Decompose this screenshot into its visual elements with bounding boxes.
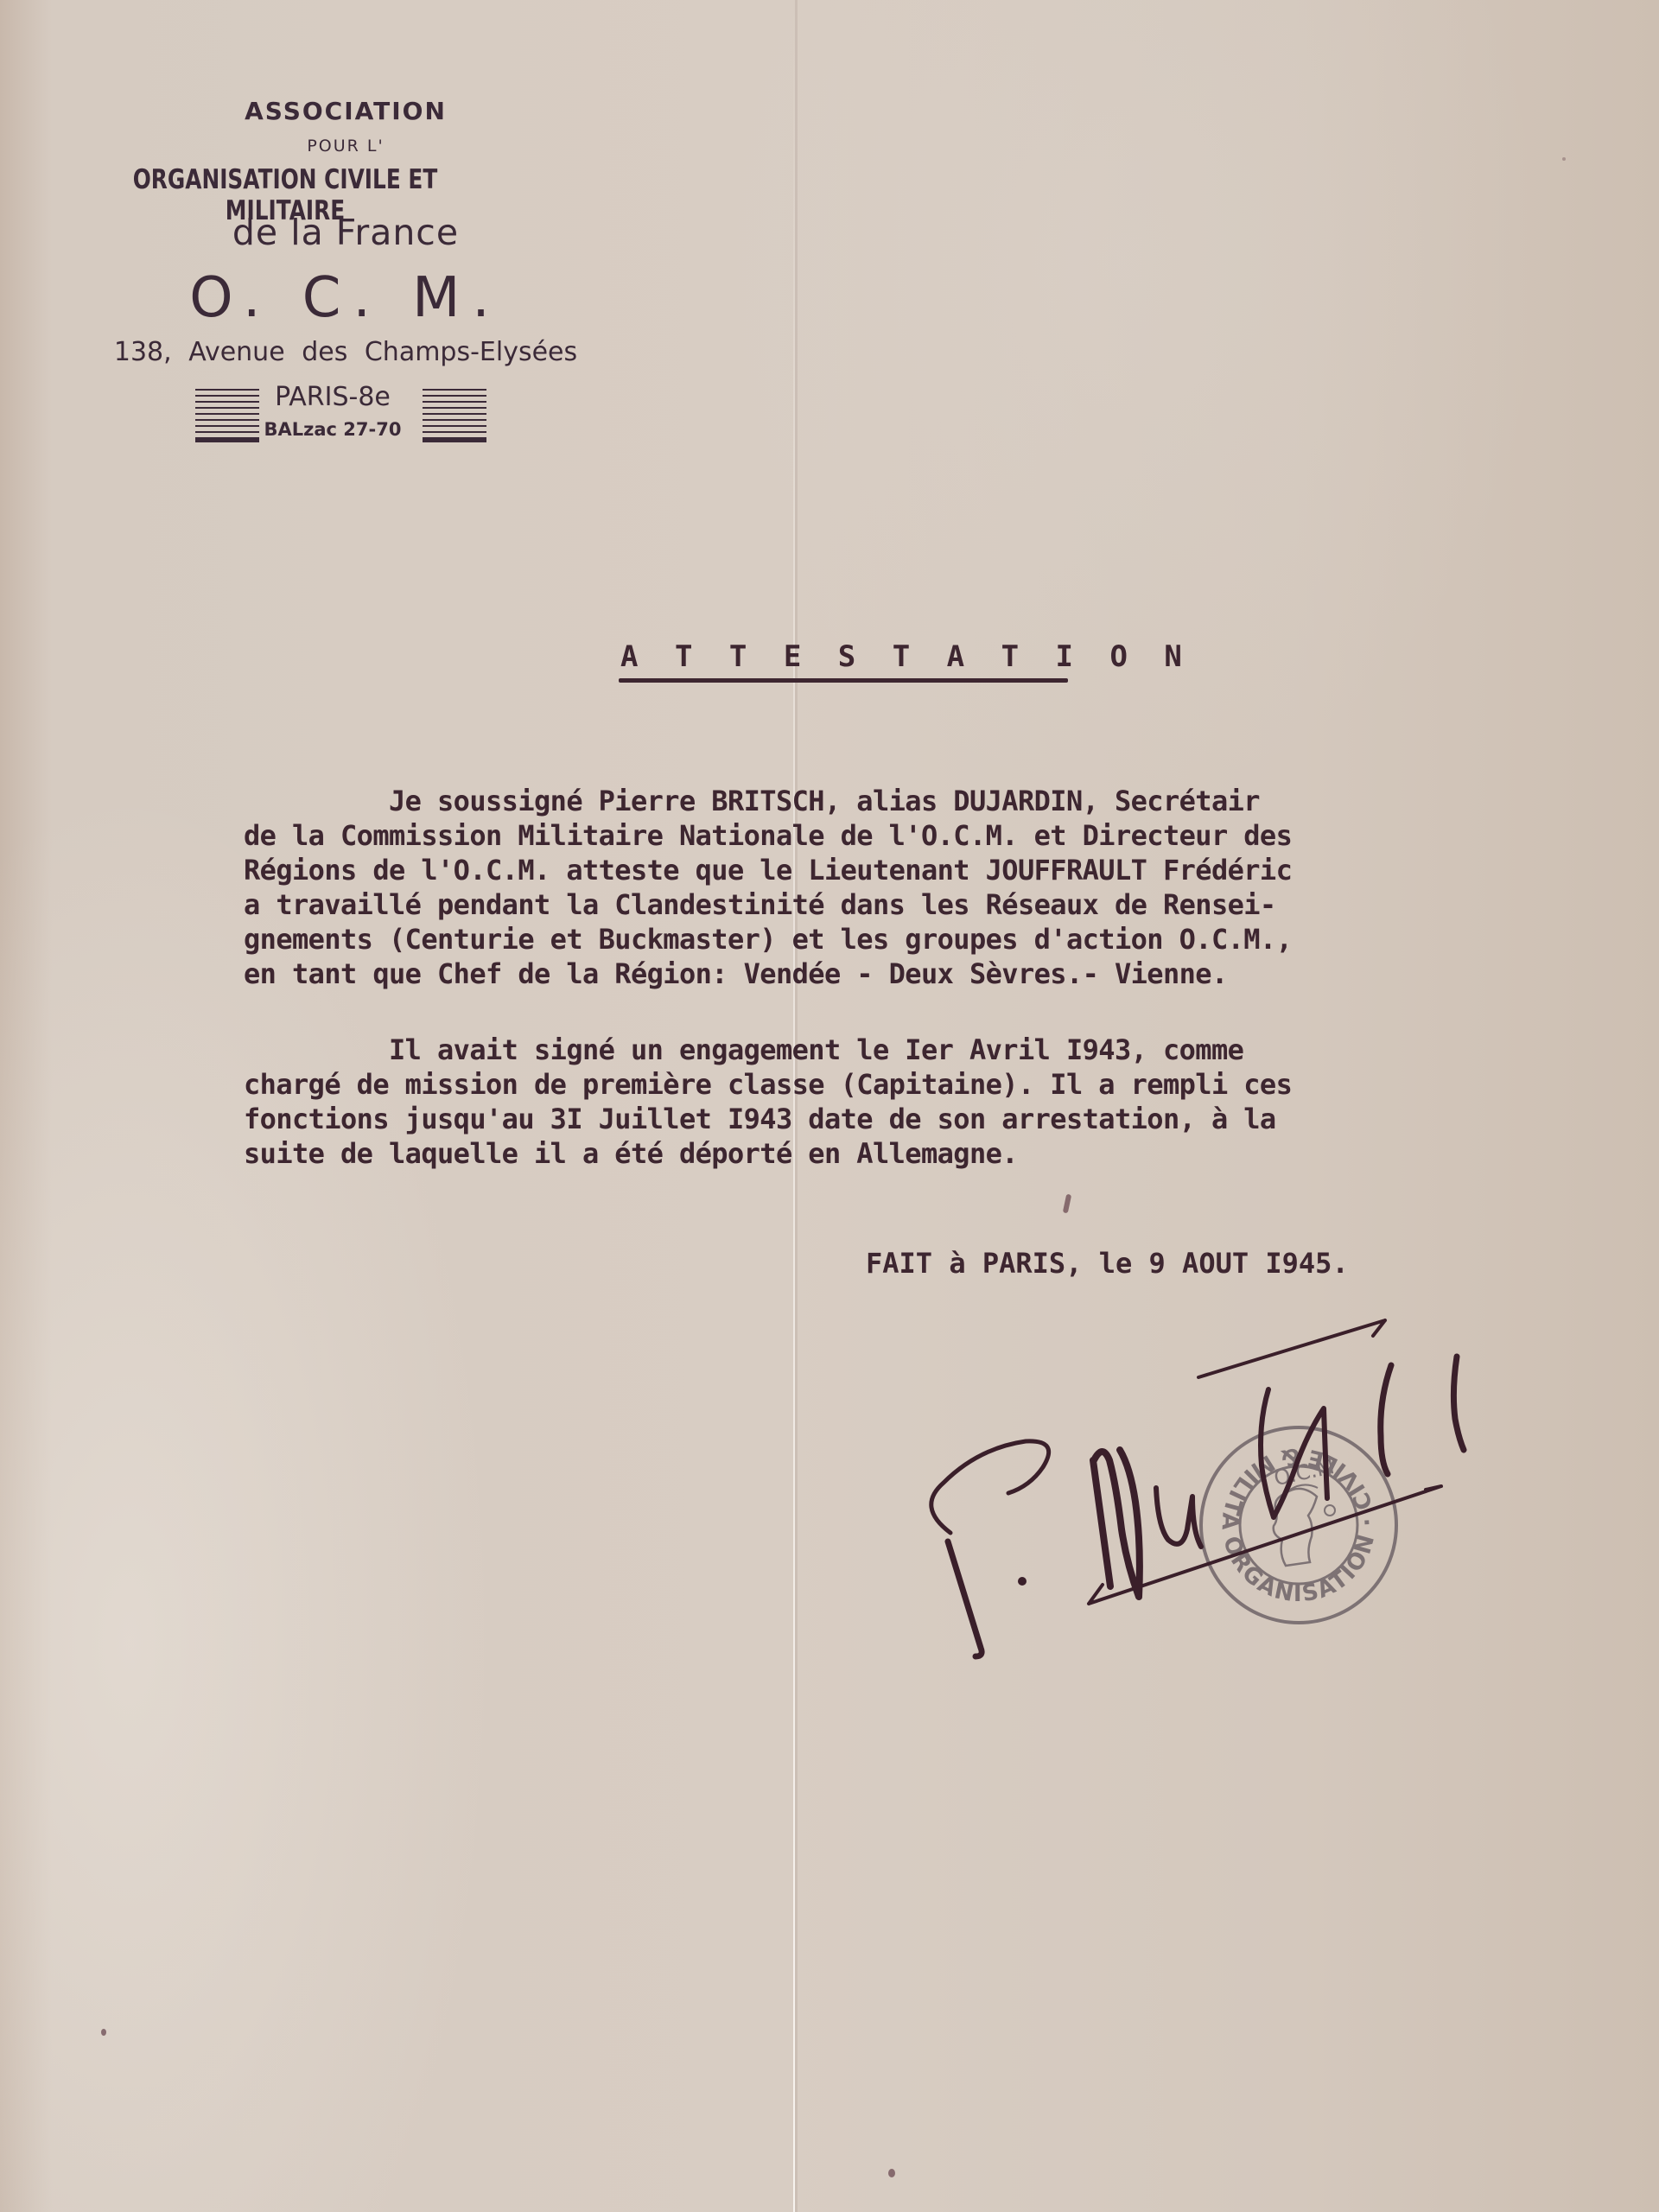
handwritten-signature bbox=[0, 0, 1659, 2212]
